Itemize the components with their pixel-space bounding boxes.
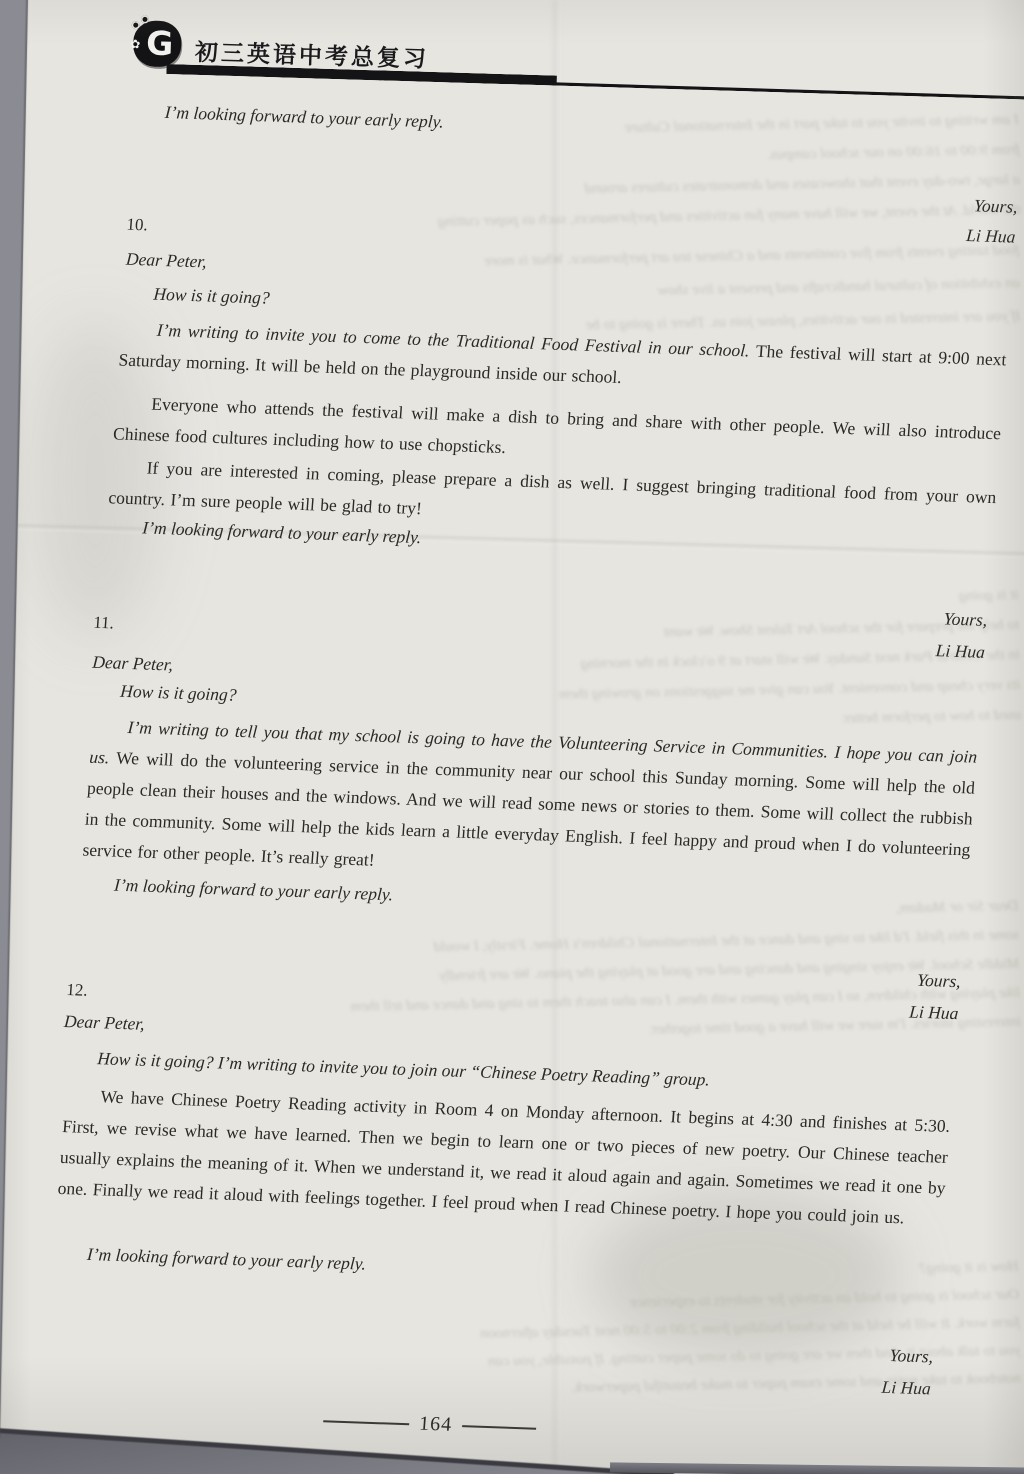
letter-number: 11. [93, 613, 115, 634]
paragraph-segment: We will do the volunteering service in t… [82, 747, 976, 869]
letter-salutation: Dear Peter, [63, 1010, 145, 1035]
letter-closing-line: I’m looking forward to your early reply. [79, 872, 394, 905]
publisher-logo: G ✿ [133, 20, 182, 67]
logo-letter: G [146, 23, 174, 63]
letter-paragraph: We have Chinese Poetry Reading activity … [57, 1080, 952, 1235]
logo-dot-icon [141, 15, 149, 23]
paragraph-segment: Everyone who attends the festival will m… [112, 394, 1001, 457]
book-page: I am writing to invite you to take part … [0, 0, 1024, 1474]
letter-paragraph: I’m writing to tell you that my school i… [81, 711, 978, 897]
page-content: I’m looking forward to your early reply.… [39, 96, 1023, 1469]
letter-greeting: How is it going? [120, 680, 238, 706]
letter-number: 10. [126, 215, 149, 236]
letter-salutation: Dear Peter, [92, 651, 174, 676]
footer-rule-right [462, 1425, 536, 1430]
page-footer: 164 [322, 1409, 537, 1439]
footer-rule-left [323, 1420, 409, 1425]
flower-icon: ✿ [130, 37, 141, 52]
logo-dot-icon [132, 21, 140, 29]
header-rule [166, 64, 1024, 99]
letter-number: 12. [66, 980, 89, 1001]
letter-closing-line: I’m looking forward to your early reply. [136, 100, 445, 133]
letter-closing-line: I’m looking forward to your early reply. [52, 1242, 367, 1275]
letter-salutation: Dear Peter, [125, 248, 207, 273]
page-number: 164 [418, 1413, 453, 1437]
paragraph-segment: We have Chinese Poetry Reading activity … [57, 1086, 951, 1227]
scanned-textbook-page: I am writing to invite you to take part … [0, 0, 1024, 1474]
letter-greeting: How is it going? [153, 283, 271, 309]
